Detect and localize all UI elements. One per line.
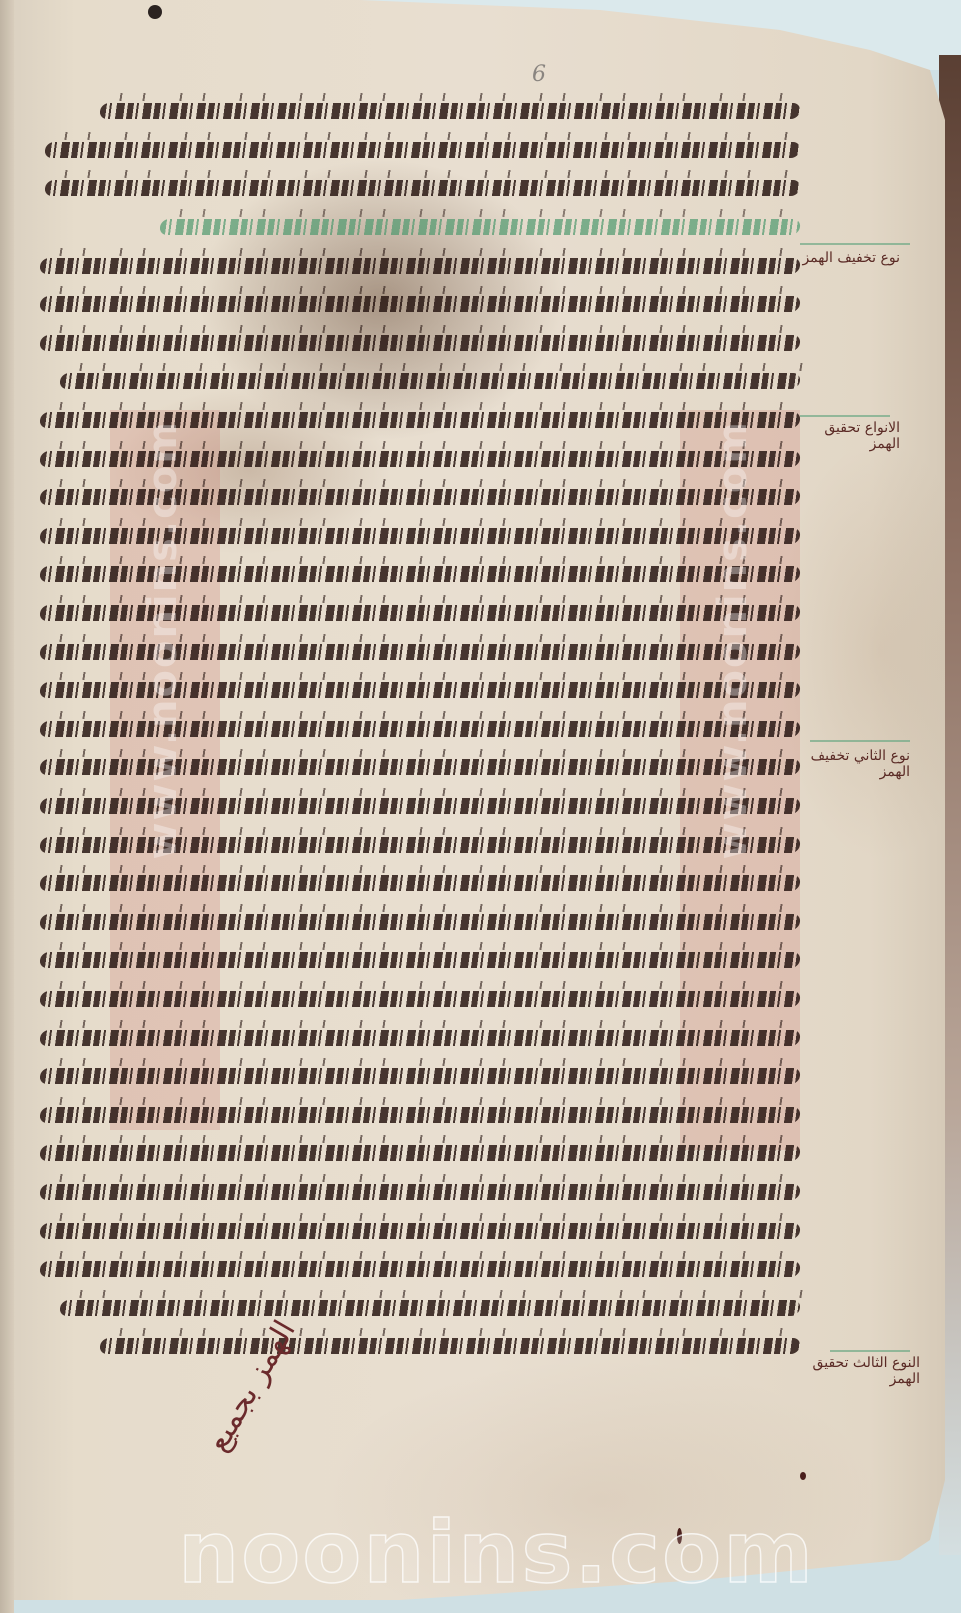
watermark-vertical-left: www.noonins.com — [140, 420, 186, 859]
manuscript-line — [30, 980, 800, 1019]
margin-rule — [830, 1350, 910, 1352]
manuscript-line — [30, 1288, 800, 1327]
ink-stroke — [39, 1030, 801, 1046]
ink-stroke — [39, 952, 801, 968]
ink-stroke — [99, 1338, 801, 1354]
manuscript-line — [30, 1327, 800, 1366]
ink-stroke — [39, 335, 801, 351]
page-number: 6 — [532, 62, 546, 87]
manuscript-line — [30, 864, 800, 903]
manuscript-line — [30, 902, 800, 941]
ink-stroke — [39, 991, 801, 1007]
manuscript-line — [30, 1018, 800, 1057]
ink-stroke — [39, 1261, 801, 1277]
ink-stroke — [44, 180, 801, 196]
manuscript-line — [30, 208, 800, 247]
page-hole — [148, 5, 162, 19]
ink-dot — [800, 1472, 806, 1480]
ink-stroke — [39, 1107, 801, 1123]
margin-rule — [800, 243, 910, 245]
ink-stroke — [99, 103, 801, 119]
manuscript-line — [30, 169, 800, 208]
manuscript-line — [30, 1211, 800, 1250]
manuscript-line — [30, 1173, 800, 1212]
ink-stroke — [159, 219, 801, 235]
page-left-edge — [0, 0, 14, 1613]
margin-note: النوع الثالث تحقيق الهمز — [810, 1355, 920, 1387]
manuscript-line — [30, 246, 800, 285]
manuscript-line — [30, 1134, 800, 1173]
ink-stroke — [59, 373, 801, 389]
ink-stroke — [39, 1068, 801, 1084]
ink-stroke — [39, 1223, 801, 1239]
manuscript-line — [30, 324, 800, 363]
margin-rule — [810, 740, 910, 742]
watermark-vertical-right: www.noonins.com — [710, 420, 756, 859]
ink-stroke — [39, 1184, 801, 1200]
ink-stroke — [39, 296, 801, 312]
manuscript-line — [30, 1095, 800, 1134]
ink-stroke — [39, 914, 801, 930]
ink-stroke — [39, 1145, 801, 1161]
ink-stroke — [39, 875, 801, 891]
ink-stroke — [39, 258, 801, 274]
manuscript-line — [30, 92, 800, 131]
margin-note: نوع الثاني تخفيف الهمز — [800, 748, 910, 780]
manuscript-line — [30, 941, 800, 980]
manuscript-line — [30, 362, 800, 401]
margin-note: نوع تخفيف الهمز — [800, 250, 900, 266]
margin-rule — [800, 415, 890, 417]
manuscript-line — [30, 131, 800, 170]
ink-stroke — [44, 142, 801, 158]
manuscript-line — [30, 1250, 800, 1289]
manuscript-line — [30, 285, 800, 324]
manuscript-line — [30, 1057, 800, 1096]
ink-stroke — [59, 1300, 801, 1316]
watermark-bottom: noonins.com — [178, 1503, 815, 1603]
margin-note: الانواع تحقيق الهمز — [800, 420, 900, 452]
